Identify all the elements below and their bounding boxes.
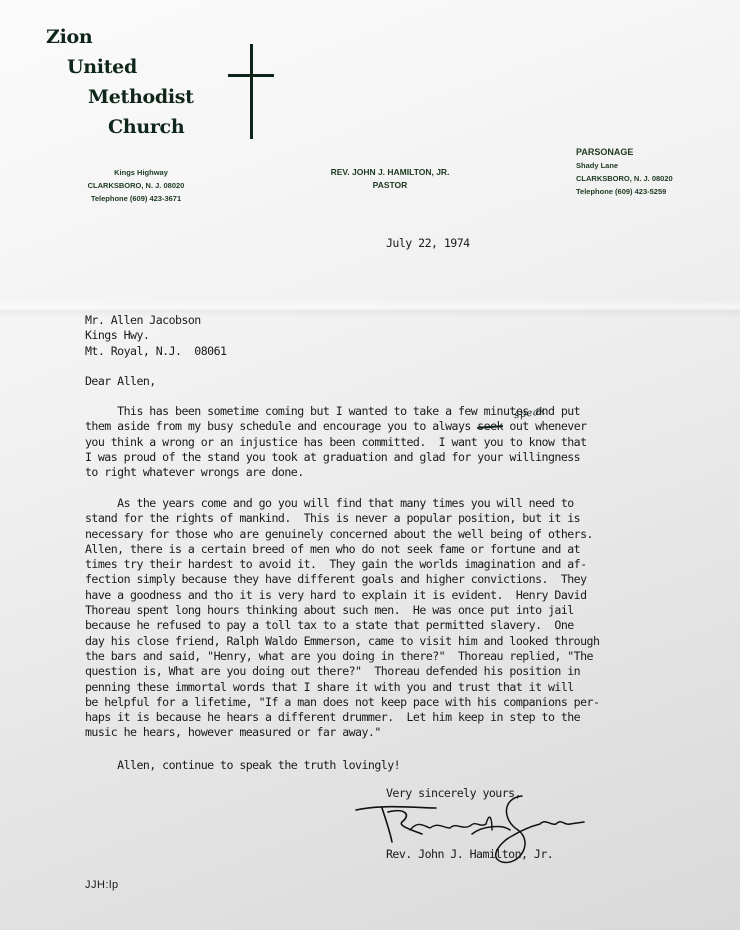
typist-initials: JJH:lp xyxy=(85,878,119,893)
salutation: Dear Allen, xyxy=(85,374,156,389)
parsonage-city: CLARKSBORO, N. J. 08020 xyxy=(576,172,673,185)
recipient-street: Kings Hwy. xyxy=(85,328,226,343)
paragraph-1-rest: you think a wrong or an injustice has be… xyxy=(85,435,587,481)
paragraph-2: As the years come and go you will find t… xyxy=(85,496,599,741)
text-segment: them aside from my busy schedule and enc… xyxy=(85,419,477,433)
parsonage-street: Shady Lane xyxy=(576,159,673,172)
paragraph-1: This has been sometime coming but I want… xyxy=(85,404,587,480)
church-name-line: Zion xyxy=(46,26,92,48)
paragraph-1-line-2: them aside from my busy schedule and enc… xyxy=(85,419,587,434)
struck-word: seek xyxy=(477,419,503,433)
paragraph-3: Allen, continue to speak the truth lovin… xyxy=(85,758,400,773)
church-address: Kings Highway CLARKSBORO, N. J. 08020 Te… xyxy=(70,166,202,205)
signer-name: Rev. John J. Hamilton, Jr. xyxy=(386,847,553,862)
church-name-line: Methodist xyxy=(88,86,194,108)
church-phone: Telephone (609) 423-3671 xyxy=(70,192,202,205)
church-street: Kings Highway xyxy=(70,166,202,179)
recipient-city: Mt. Royal, N.J. 08061 xyxy=(85,344,226,359)
cross-icon xyxy=(228,44,274,139)
parsonage-title: PARSONAGE xyxy=(576,146,673,159)
letter-page: Zion United Methodist Church Kings Highw… xyxy=(0,0,740,930)
church-city: CLARKSBORO, N. J. 08020 xyxy=(70,179,202,192)
paragraph-1-line-1: This has been sometime coming but I want… xyxy=(85,404,587,419)
parsonage-phone: Telephone (609) 423-5259 xyxy=(576,185,673,198)
church-name-line: United xyxy=(67,56,137,78)
text-segment: out whenever xyxy=(503,419,587,433)
church-name-line: Church xyxy=(108,116,184,138)
pastor-name: REV. JOHN J. HAMILTON, JR. xyxy=(300,166,480,179)
parsonage-block: PARSONAGE Shady Lane CLARKSBORO, N. J. 0… xyxy=(576,146,673,198)
pastor-title: PASTOR xyxy=(300,179,480,192)
pastor-block: REV. JOHN J. HAMILTON, JR. PASTOR xyxy=(300,166,480,192)
recipient-address: Mr. Allen JacobsonKings Hwy.Mt. Royal, N… xyxy=(85,313,226,359)
letter-date: July 22, 1974 xyxy=(386,236,470,251)
recipient-name: Mr. Allen Jacobson xyxy=(85,313,226,328)
